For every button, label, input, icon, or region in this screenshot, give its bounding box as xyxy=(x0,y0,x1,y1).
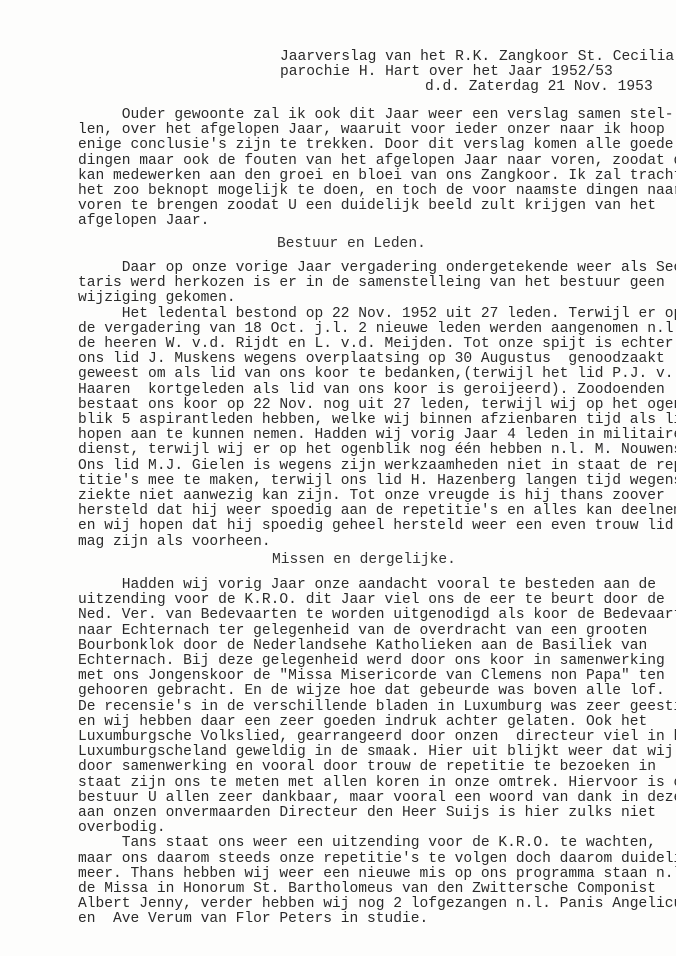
text-line: len, over het afgelopen Jaar, waaruit vo… xyxy=(78,123,665,138)
text-line: mag zijn als voorheen. xyxy=(78,535,271,550)
text-line: geweest om als lid van ons koor te bedan… xyxy=(78,367,674,382)
text-line: Daar op onze vorige Jaar vergadering ond… xyxy=(78,261,676,276)
text-line: Ned. Ver. van Bedevaarten te worden uitg… xyxy=(78,608,676,623)
text-line: naar Echternach ter gelegenheid van de o… xyxy=(78,624,647,639)
text-line: het zoo beknopt mogelijk te doen, en toc… xyxy=(78,184,676,199)
text-line: blik 5 aspirantleden hebben, welke wij b… xyxy=(78,413,676,428)
text-line: meer. Thans hebben wij weer een nieuwe m… xyxy=(78,867,676,882)
text-line: en wij hebben daar een zeer goeden indru… xyxy=(78,715,647,730)
text-line: met ons Jongenskoor de "Missa Misericord… xyxy=(78,669,665,684)
text-line: uitzending voor de K.R.O. dit Jaar viel … xyxy=(78,593,665,608)
heading-text: Bestuur en Leden. xyxy=(277,237,426,252)
text-line: dingen maar ook de fouten van het afgelo… xyxy=(78,154,676,169)
text-line: kan medewerken aan den groei en bloei va… xyxy=(78,169,676,184)
text-line: ons lid J. Muskens wegens overplaatsing … xyxy=(78,352,665,367)
text-line: gehooren gebracht. En de wijze hoe dat g… xyxy=(78,684,665,699)
text-line: hersteld dat hij weer spoedig aan de rep… xyxy=(78,504,676,519)
typewritten-page: Jaarverslag van het R.K. Zangkoor St. Ce… xyxy=(0,0,676,956)
text-line: aan onzen onvermaarden Directeur den Hee… xyxy=(78,806,656,821)
text-line: bestaat ons koor op 22 Nov. nog uit 27 l… xyxy=(78,398,676,413)
header-line: Jaarverslag van het R.K. Zangkoor St. Ce… xyxy=(280,50,674,65)
text-line: De recensie's in de verschillende bladen… xyxy=(78,700,676,715)
text-line: Echternach. Bij deze gelegenheid werd do… xyxy=(78,654,665,669)
heading-text: Missen en dergelijke. xyxy=(272,553,456,568)
header-line: d.d. Zaterdag 21 Nov. 1953 xyxy=(425,80,653,95)
text-line: dienst, terwijl wij er op het ogenblik n… xyxy=(78,443,676,458)
text-line: Bourbonklok door de Nederlandsehe Kathol… xyxy=(78,639,647,654)
text-line: Hadden wij vorig Jaar onze aandacht voor… xyxy=(78,578,656,593)
text-line: overbodig. xyxy=(78,821,166,836)
text-line: Luxumburgsche Volkslied, gearrangeerd do… xyxy=(78,730,676,745)
text-line: Luxumburgscheland geweldig in de smaak. … xyxy=(78,745,674,760)
text-line: titie's mee te maken, terwijl ons lid H.… xyxy=(78,474,676,489)
text-line: de heeren W. v.d. Rijdt en L. v.d. Meijd… xyxy=(78,337,674,352)
text-line: hopen aan te kunnen nemen. Hadden wij vo… xyxy=(78,428,676,443)
text-line: maar ons daarom steeds onze repetitie's … xyxy=(78,852,676,867)
text-line: Haaren kortgeleden als lid van ons koor … xyxy=(78,383,665,398)
text-line: Het ledental bestond op 22 Nov. 1952 uit… xyxy=(78,307,676,322)
text-line: wijziging gekomen. xyxy=(78,291,236,306)
text-line: voren te brengen zoodat U een duidelijk … xyxy=(78,199,656,214)
header-line: parochie H. Hart over het Jaar 1952/53 xyxy=(280,65,613,80)
text-line: staat zijn ons te meten met allen koren … xyxy=(78,776,676,791)
text-line: de Missa in Honorum St. Bartholomeus van… xyxy=(78,882,656,897)
text-line: enige conclusie's zijn te trekken. Door … xyxy=(78,138,674,153)
text-line: Tans staat ons weer een uitzending voor … xyxy=(78,836,656,851)
text-line: ziekte niet aanwezig kan zijn. Tot onze … xyxy=(78,489,665,504)
text-line: en wij hopen dat hij spoedig geheel hers… xyxy=(78,519,674,534)
text-line: en Ave Verum van Flor Peters in studie. xyxy=(78,912,428,927)
text-line: bestuur U allen zeer dankbaar, maar voor… xyxy=(78,791,676,806)
text-line: Ouder gewoonte zal ik ook dit Jaar weer … xyxy=(78,108,674,123)
text-line: taris werd herkozen is er in de samenste… xyxy=(78,276,665,291)
text-line: afgelopen Jaar. xyxy=(78,214,209,229)
text-line: de vergadering van 18 Oct. j.l. 2 nieuwe… xyxy=(78,322,676,337)
text-line: Ons lid M.J. Gielen is wegens zijn werkz… xyxy=(78,459,676,474)
text-line: Albert Jenny, verder hebben wij nog 2 lo… xyxy=(78,897,676,912)
text-line: door samenwerking en vooral door trouw d… xyxy=(78,760,656,775)
